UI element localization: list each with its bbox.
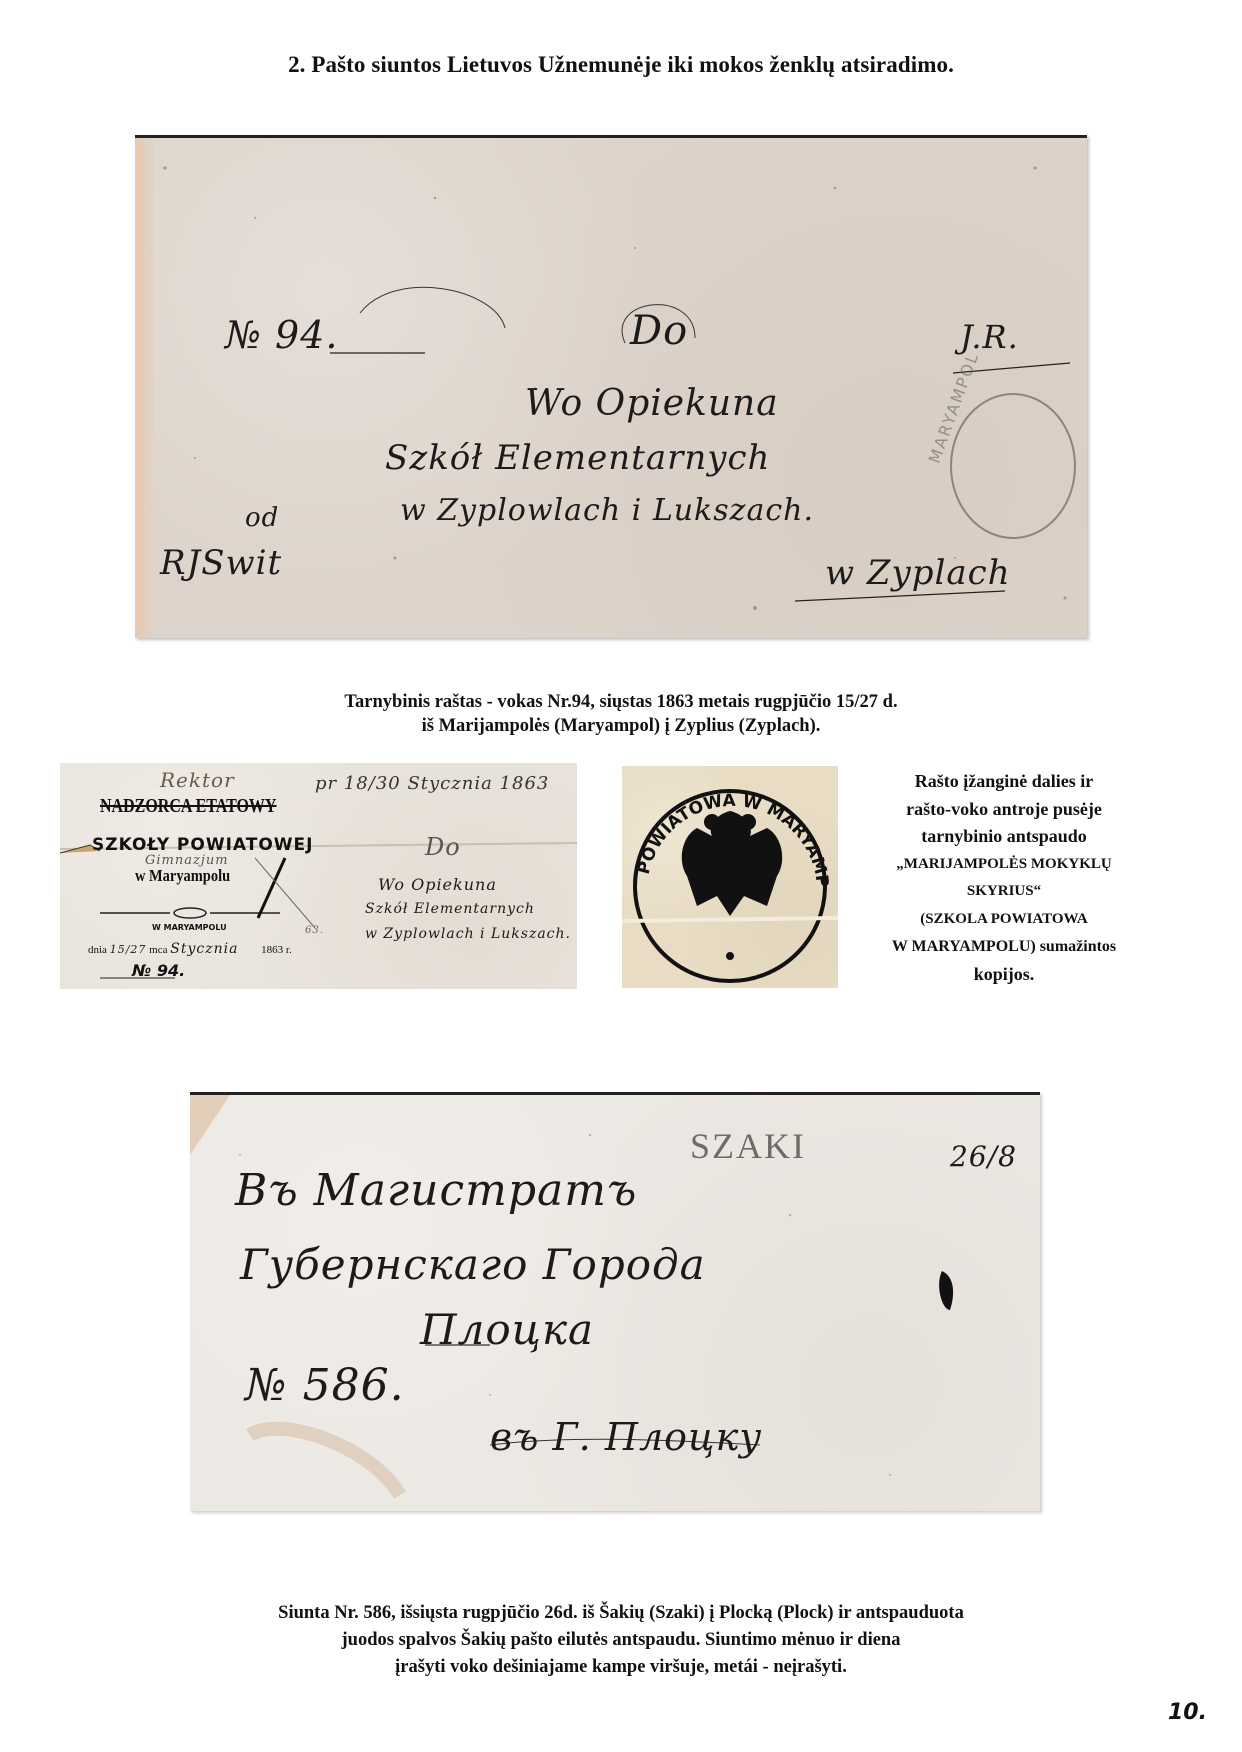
envelope-1-address-line-3: w Zyplowlach i Lukszach. bbox=[400, 493, 814, 528]
letterhead-address-line-3: w Zyplowlach i Lukszach. bbox=[365, 926, 571, 942]
envelope-1-address-line-2: Szkół Elementarnych bbox=[385, 438, 770, 478]
letterhead-image: Rektor NADZORCA ETATOWY SZKOŁY POWIATOWE… bbox=[60, 763, 577, 989]
envelope-2-number: № 586. bbox=[245, 1360, 405, 1411]
side-caption-line-6: (SZKOLA POWIATOWA bbox=[868, 906, 1140, 934]
envelope-1-destination: w Zyplach bbox=[825, 553, 1011, 593]
envelope-1-from-od: od bbox=[245, 503, 279, 533]
letterhead-date: dnia 15/27 mca Stycznia 1863 r. bbox=[88, 941, 292, 957]
envelope-2-line-1: Въ Магистратъ bbox=[235, 1165, 637, 1216]
side-caption-line-8: kopijos. bbox=[868, 961, 1140, 989]
letterhead-date-prefix: dnia bbox=[88, 944, 107, 956]
letterhead-date-year: 1863 r. bbox=[261, 944, 292, 956]
envelope-1-image: № 94. Do J.R. Wo Opiekuna Szkół Elementa… bbox=[135, 135, 1087, 638]
letterhead-date-day: 15/27 bbox=[110, 943, 147, 956]
page-number: 10. bbox=[1168, 1700, 1207, 1725]
letterhead-rektor: Rektor bbox=[160, 768, 235, 792]
letterhead-city-caps: W MARYAMPOLU bbox=[152, 923, 227, 932]
caption-2-line-1: Siunta Nr. 586, išsiųsta rugpjūčio 26d. … bbox=[150, 1600, 1092, 1627]
side-caption-line-5: SKYRIUS“ bbox=[868, 878, 1140, 906]
envelope-2-line-3: Плоцка bbox=[420, 1305, 594, 1354]
caption-envelope-1: Tarnybinis raštas - vokas Nr.94, siųstas… bbox=[200, 690, 1042, 738]
envelope-2-destination: въ Г. Плоцку bbox=[490, 1415, 762, 1459]
letterhead-date-mca: mca bbox=[149, 944, 167, 956]
caption-2-line-3: įrašyti voko dešiniajame kampe viršuje, … bbox=[150, 1654, 1092, 1681]
seal-graphic: POWIATOWA W MARYAMPOLU SZKOLA bbox=[622, 766, 838, 988]
envelope-2-date-note: 26/8 bbox=[950, 1140, 1017, 1173]
letterhead-do: Do bbox=[425, 833, 461, 861]
envelope-2-line-2: Губернскаго Города bbox=[240, 1240, 706, 1289]
envelope-2-image: SZAKI 26/8 Въ Магистратъ Губернскаго Гор… bbox=[190, 1092, 1040, 1511]
envelope-1-from-signature: RJSwit bbox=[160, 543, 282, 583]
letterhead-school: SZKOŁY POWIATOWEJ bbox=[92, 835, 314, 855]
side-caption-line-3: tarnybinio antspaudo bbox=[868, 823, 1140, 851]
eagle-icon bbox=[682, 811, 782, 960]
side-caption-line-2: rašto-voko antroje pusėje bbox=[868, 796, 1140, 824]
envelope-1-address-line-1: Wo Opiekuna bbox=[525, 383, 779, 424]
envelope-1-number: № 94. bbox=[225, 313, 338, 357]
caption-2-line-2: juodos spalvos Šakių pašto eilutės antsp… bbox=[150, 1627, 1092, 1654]
szaki-stamp: SZAKI bbox=[690, 1125, 806, 1167]
side-caption-line-7: W MARYAMPOLU) sumažintos bbox=[868, 933, 1140, 961]
seal-image: POWIATOWA W MARYAMPOLU SZKOLA bbox=[622, 766, 838, 988]
caption-envelope-2: Siunta Nr. 586, išsiųsta rugpjūčio 26d. … bbox=[150, 1600, 1092, 1681]
side-caption-line-1: Rašto įžanginė dalies ir bbox=[868, 768, 1140, 796]
caption-1-line-1: Tarnybinis raštas - vokas Nr.94, siųstas… bbox=[200, 690, 1042, 714]
letterhead-city: w Maryampolu bbox=[135, 866, 230, 886]
envelope-1-do: Do bbox=[630, 308, 688, 354]
letterhead-struck-title: NADZORCA ETATOWY bbox=[100, 795, 276, 818]
caption-1-line-2: iš Marijampolės (Maryampol) į Zyplius (Z… bbox=[200, 714, 1042, 738]
seal-side-caption: Rašto įžanginė dalies ir rašto-voko antr… bbox=[868, 768, 1140, 988]
side-caption-line-4: „MARIJAMPOLĖS MOKYKLŲ bbox=[868, 851, 1140, 879]
letterhead-address-line-1: Wo Opiekuna bbox=[378, 875, 497, 894]
letterhead-received-date: pr 18/30 Stycznia 1863 bbox=[315, 773, 549, 794]
letterhead-small-number: 63. bbox=[305, 925, 324, 936]
page-title: 2. Pašto siuntos Lietuvos Užnemunėje iki… bbox=[0, 52, 1242, 78]
letterhead-address-line-2: Szkół Elementarnych bbox=[365, 901, 535, 917]
letterhead-date-month: Stycznia bbox=[170, 941, 238, 957]
letterhead-number: № 94. bbox=[132, 961, 185, 980]
